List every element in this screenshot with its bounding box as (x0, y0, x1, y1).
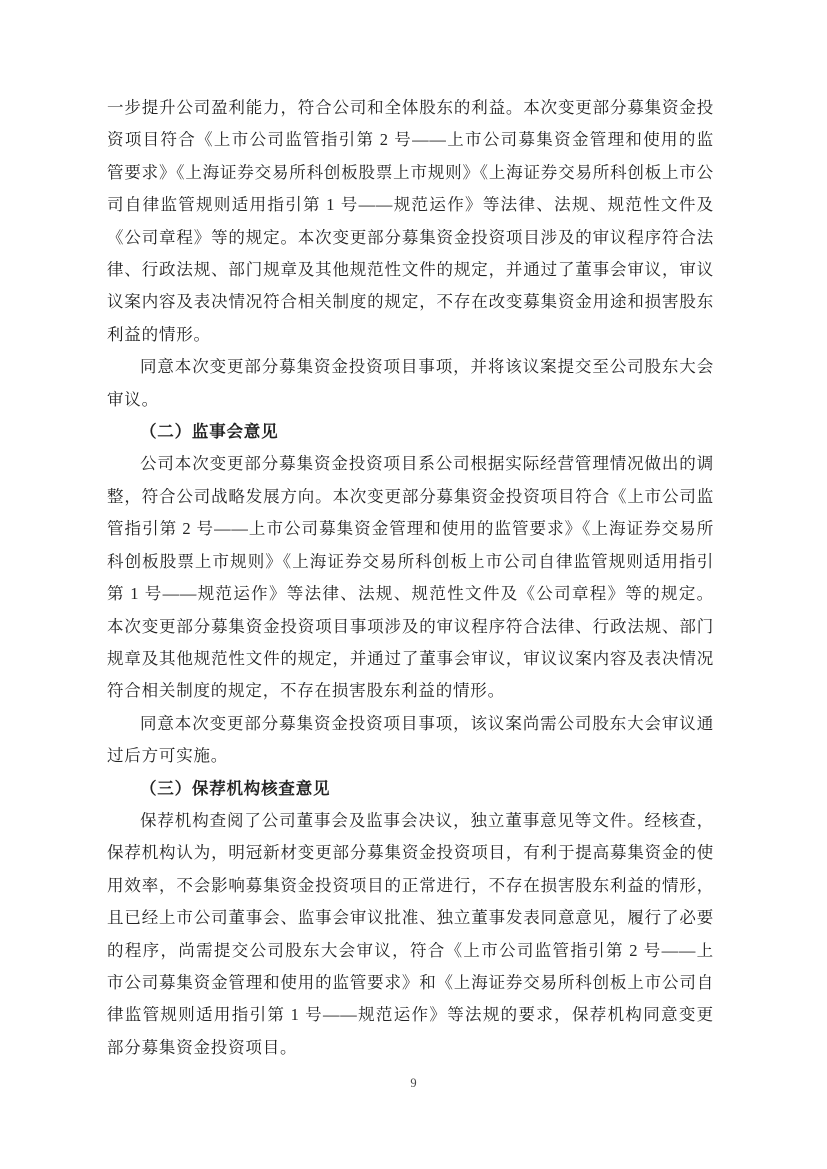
paragraph: 保荐机构查阅了公司董事会及监事会决议，独立董事意见等文件。经核查，保荐机构认为，… (107, 805, 714, 1064)
paragraph: 同意本次变更部分募集资金投资项目事项，该议案尚需公司股东大会审议通过后方可实施。 (107, 708, 714, 773)
page-number: 9 (0, 1076, 827, 1091)
paragraph: 同意本次变更部分募集资金投资项目事项，并将该议案提交至公司股东大会审议。 (107, 351, 714, 416)
document-page: 一步提升公司盈利能力，符合公司和全体股东的利益。本次变更部分募集资金投资项目符合… (0, 0, 827, 1169)
section-heading: （二）监事会意见 (107, 416, 714, 448)
section-heading: （三）保荐机构核查意见 (107, 773, 714, 805)
paragraph: 一步提升公司盈利能力，符合公司和全体股东的利益。本次变更部分募集资金投资项目符合… (107, 92, 714, 351)
paragraph: 公司本次变更部分募集资金投资项目系公司根据实际经营管理情况做出的调整，符合公司战… (107, 448, 714, 707)
document-body: 一步提升公司盈利能力，符合公司和全体股东的利益。本次变更部分募集资金投资项目符合… (107, 92, 714, 1064)
